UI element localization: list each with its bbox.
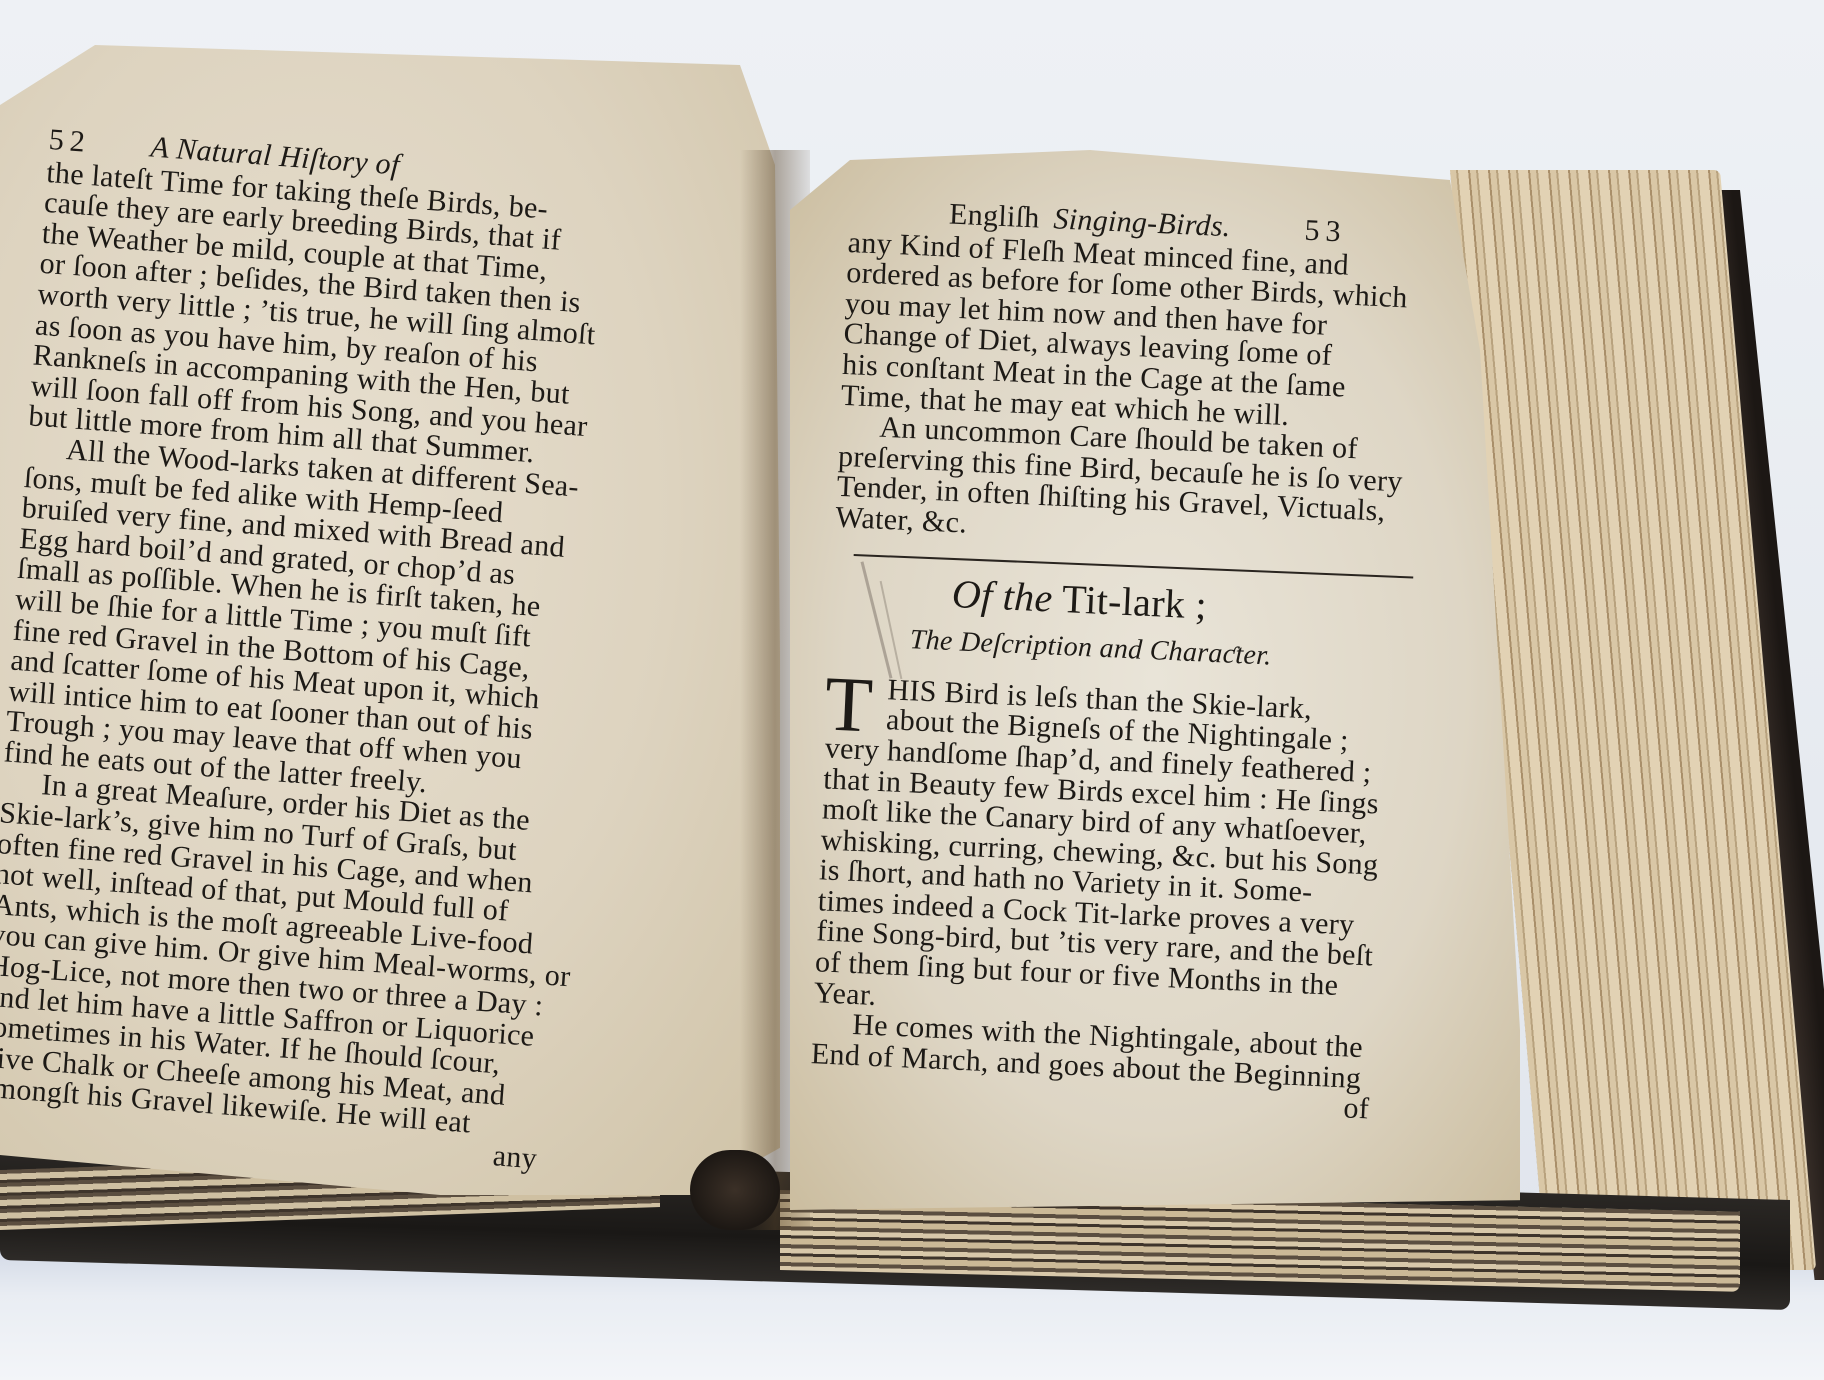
- chapter-title: Of the Tit-lark ;: [831, 573, 1412, 630]
- chapter-title-roman: Tit-lark ;: [1061, 576, 1208, 628]
- page-number-left: 52: [48, 125, 92, 159]
- photo-scene: 52 A Natural Hiſtory of the lateſt Time …: [0, 0, 1824, 1380]
- left-page-text: 52 A Natural Hiſtory of the lateſt Time …: [0, 125, 630, 1176]
- book-spine-headband: [690, 1150, 780, 1230]
- section-divider-rule: [854, 554, 1414, 578]
- running-head-roman: Engliſh: [949, 200, 1041, 235]
- chapter-title-italic: Of the: [951, 571, 1054, 621]
- right-page: Engliſh Singing-Birds. 53 any Kind of Fl…: [790, 150, 1520, 1210]
- page-number-right: 53: [1304, 216, 1347, 248]
- right-page-text: Engliſh Singing-Birds. 53 any Kind of Fl…: [809, 195, 1430, 1126]
- chapter-subtitle: The Deſcription and Charaƈter.: [829, 622, 1410, 679]
- left-page: 52 A Natural Hiſtory of the lateſt Time …: [0, 45, 780, 1195]
- drop-cap: T: [823, 666, 874, 742]
